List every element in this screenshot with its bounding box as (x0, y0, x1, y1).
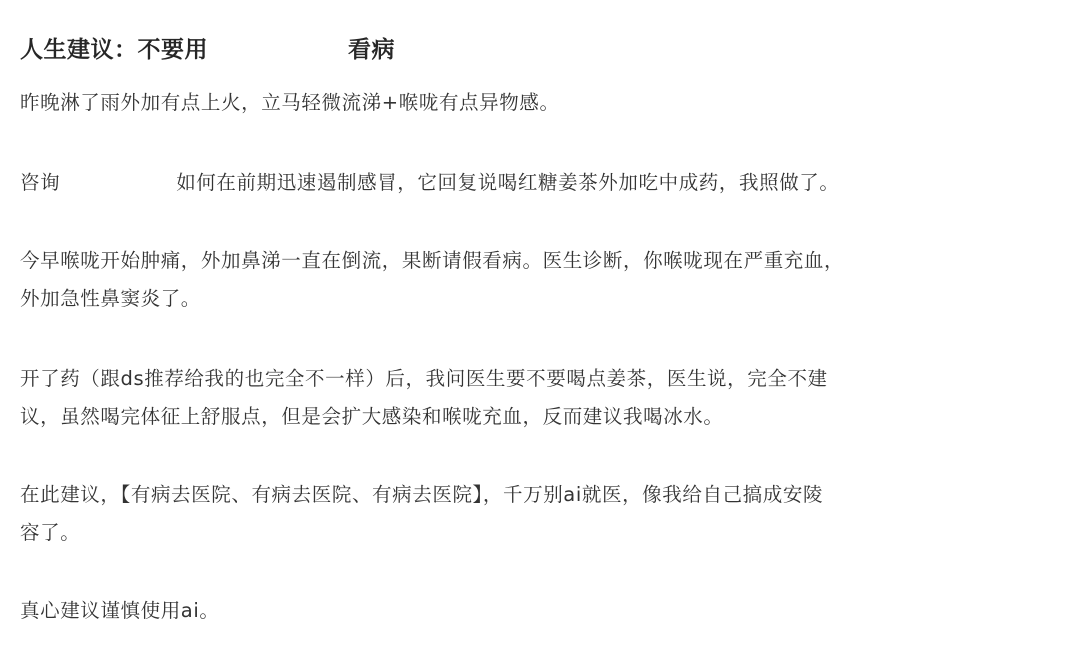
redacted-region (60, 174, 176, 194)
paragraph-line: 在此建议，【有病去医院、有病去医院、有病去医院】，千万别ai就医，像我给自己搞成… (20, 476, 823, 514)
paragraph-line: 昨晚淋了雨外加有点上火，立马轻微流涕+喉咙有点异物感。 (20, 84, 560, 122)
paragraph-4: 开了药（跟ds推荐给我的也完全不一样）后，我问医生要不要喝点姜茶，医生说，完全不… (20, 360, 828, 436)
paragraph-line: 今早喉咙开始肿痛，外加鼻涕一直在倒流，果断请假看病。医生诊断，你喉咙现在严重充血… (20, 242, 844, 280)
paragraph-6: 真心建议谨慎使用ai。 (20, 592, 219, 630)
paragraph-3: 今早喉咙开始肿痛，外加鼻涕一直在倒流，果断请假看病。医生诊断，你喉咙现在严重充血… (20, 242, 844, 318)
paragraph-line: 真心建议谨慎使用ai。 (20, 592, 219, 630)
title-text-end: 看病 (348, 37, 395, 63)
paragraph-line: 外加急性鼻窦炎了。 (20, 280, 844, 318)
paragraph-5: 在此建议，【有病去医院、有病去医院、有病去医院】，千万别ai就医，像我给自己搞成… (20, 476, 823, 552)
paragraph-line: 议，虽然喝完体征上舒服点，但是会扩大感染和喉咙充血，反而建议我喝冰水。 (20, 398, 828, 436)
redacted-region (208, 41, 348, 61)
title-text-start: 人生建议：不要用 (20, 37, 208, 63)
paragraph-line: 容了。 (20, 514, 823, 552)
paragraph-text-end: 如何在前期迅速遏制感冒，它回复说喝红糖姜茶外加吃中成药，我照做了。 (176, 171, 839, 194)
paragraph-2: 咨询如何在前期迅速遏制感冒，它回复说喝红糖姜茶外加吃中成药，我照做了。 (20, 164, 840, 202)
paragraph-line: 咨询如何在前期迅速遏制感冒，它回复说喝红糖姜茶外加吃中成药，我照做了。 (20, 164, 840, 202)
post-title: 人生建议：不要用看病 (20, 34, 395, 66)
paragraph-1: 昨晚淋了雨外加有点上火，立马轻微流涕+喉咙有点异物感。 (20, 84, 560, 122)
paragraph-text-start: 咨询 (20, 171, 60, 194)
paragraph-line: 开了药（跟ds推荐给我的也完全不一样）后，我问医生要不要喝点姜茶，医生说，完全不… (20, 360, 828, 398)
